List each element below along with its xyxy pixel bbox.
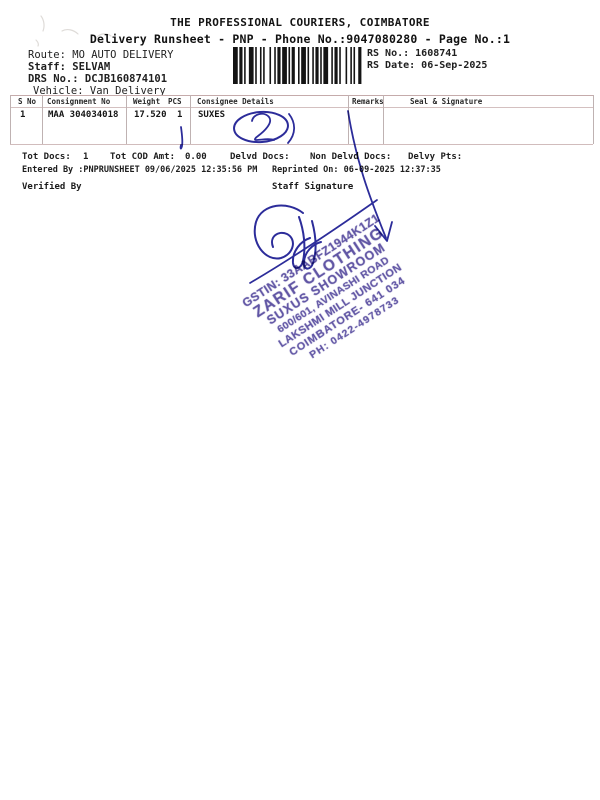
pen-tick — [181, 127, 183, 149]
entered-by-line: Entered By :PNPRUNSHEET 09/06/2025 12:35… — [22, 165, 257, 175]
table-border-right — [593, 95, 594, 144]
row-weight: 17.520 — [134, 110, 167, 120]
table-divider — [190, 95, 191, 144]
reprinted-on-line: Reprinted On: 06-09-2025 12:37:35 — [272, 165, 441, 175]
tot-cod-value: 0.00 — [185, 152, 207, 162]
staff-line: Staff: SELVAM — [28, 61, 110, 73]
row-consignment-no: MAA 304034018 — [48, 110, 118, 120]
rs-date: RS Date: 06-Sep-2025 — [367, 60, 487, 71]
col-header-weight: Weight — [133, 97, 160, 106]
staff-signature-label: Staff Signature — [272, 182, 353, 192]
table-divider — [126, 95, 127, 144]
table-border-top — [10, 95, 593, 96]
table-border-left — [10, 95, 11, 144]
table-divider — [348, 95, 349, 144]
rs-no: RS No.: 1608741 — [367, 48, 457, 59]
table-border-header-bottom — [10, 107, 593, 108]
row-sno: 1 — [20, 110, 25, 120]
table-divider — [42, 95, 43, 144]
pen-annotations — [0, 0, 600, 800]
tot-docs-value: 1 — [83, 152, 88, 162]
row-pcs: 1 — [177, 110, 182, 120]
row-consignee: SUXES — [198, 110, 225, 120]
table-border-bottom — [10, 144, 593, 145]
route-line: Route: MO AUTO DELIVERY — [28, 49, 173, 61]
page-subtitle: Delivery Runsheet - PNP - Phone No.:9047… — [0, 32, 600, 46]
drs-no-line: DRS No.: DCJB160874101 — [28, 73, 167, 85]
delvy-pts-label: Delvy Pts: — [408, 152, 462, 162]
col-header-seal-signature: Seal & Signature — [410, 97, 482, 106]
delivery-runsheet-document: THE PROFESSIONAL COURIERS, COIMBATORE De… — [0, 0, 600, 800]
page-title: THE PROFESSIONAL COURIERS, COIMBATORE — [0, 16, 600, 29]
col-header-pcs: PCS — [168, 97, 182, 106]
tot-docs-label: Tot Docs: — [22, 152, 71, 162]
consignment-barcode — [233, 47, 363, 84]
delvd-docs-label: Delvd Docs: — [230, 152, 290, 162]
col-header-consignment-no: Consignment No — [47, 97, 110, 106]
col-header-remarks: Remarks — [352, 97, 384, 106]
col-header-consignee-details: Consignee Details — [197, 97, 274, 106]
col-header-sno: S No — [18, 97, 36, 106]
tot-cod-label: Tot COD Amt: — [110, 152, 175, 162]
zarif-clothing-rubber-stamp: GSTIN: 33AABFZ1944K1Z1 ZARIF CLOTHING SU… — [233, 207, 433, 382]
circled-number-annotation — [233, 110, 294, 144]
non-delvd-docs-label: Non Delvd Docs: — [310, 152, 391, 162]
verified-by-label: Verified By — [22, 182, 82, 192]
